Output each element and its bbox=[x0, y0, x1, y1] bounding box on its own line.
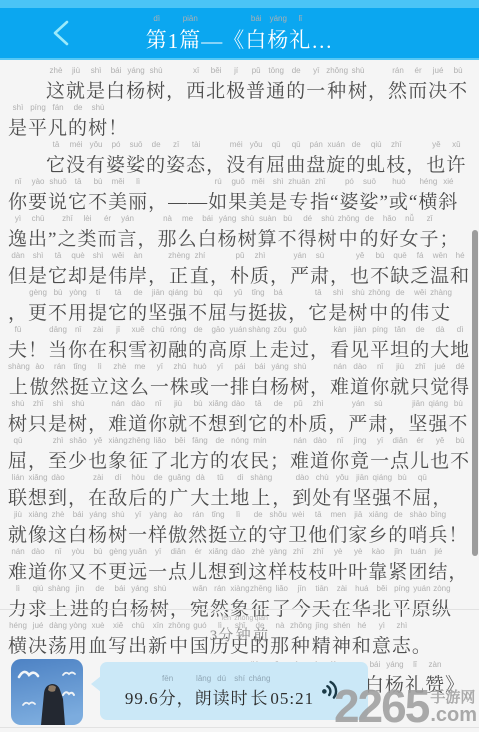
article-body: 这zhè就jiù是shì白bái杨yáng树shù，西xī北běi极jí普pǔ通… bbox=[0, 58, 479, 697]
section-divider bbox=[0, 609, 479, 610]
bottom-divider bbox=[0, 727, 479, 728]
sound-waves-icon bbox=[317, 675, 345, 703]
timestamp: 3分fēn钟zhōng前qián bbox=[0, 614, 479, 645]
score-text: 99.6分fēn，朗lǎng读dú时shí长cháng 05:21 bbox=[125, 674, 314, 709]
avatar[interactable] bbox=[11, 659, 83, 725]
reading-app-screen: 第dì1篇piān—《白bái杨yáng礼lǐ… 这zhè就jiù是shì白bá… bbox=[0, 0, 479, 732]
back-chevron-icon[interactable] bbox=[50, 19, 72, 47]
title-bar: 第dì1篇piān—《白bái杨yáng礼lǐ… bbox=[0, 8, 479, 60]
article-paragraph-2: 它tā没méi有yǒu婆pó娑suō的de姿zī态tài，没méi有yǒu屈qū… bbox=[8, 140, 471, 658]
scrollbar-thumb[interactable] bbox=[472, 230, 478, 556]
score-bubble[interactable]: 99.6分fēn，朗lǎng读dú时shí长cháng 05:21 bbox=[100, 662, 368, 720]
article-paragraph-1: 这zhè就jiù是shì白bái杨yáng树shù，西xī北běi极jí普pǔ通… bbox=[8, 66, 471, 140]
page-title: 第dì1篇piān—《白bái杨yáng礼lǐ… bbox=[146, 14, 334, 54]
status-bar bbox=[0, 0, 479, 8]
sky-with-seagulls-photo-icon bbox=[11, 659, 83, 725]
message-bar: 99.6分fēn，朗lǎng读dú时shí长cháng 05:21 bbox=[0, 652, 479, 732]
